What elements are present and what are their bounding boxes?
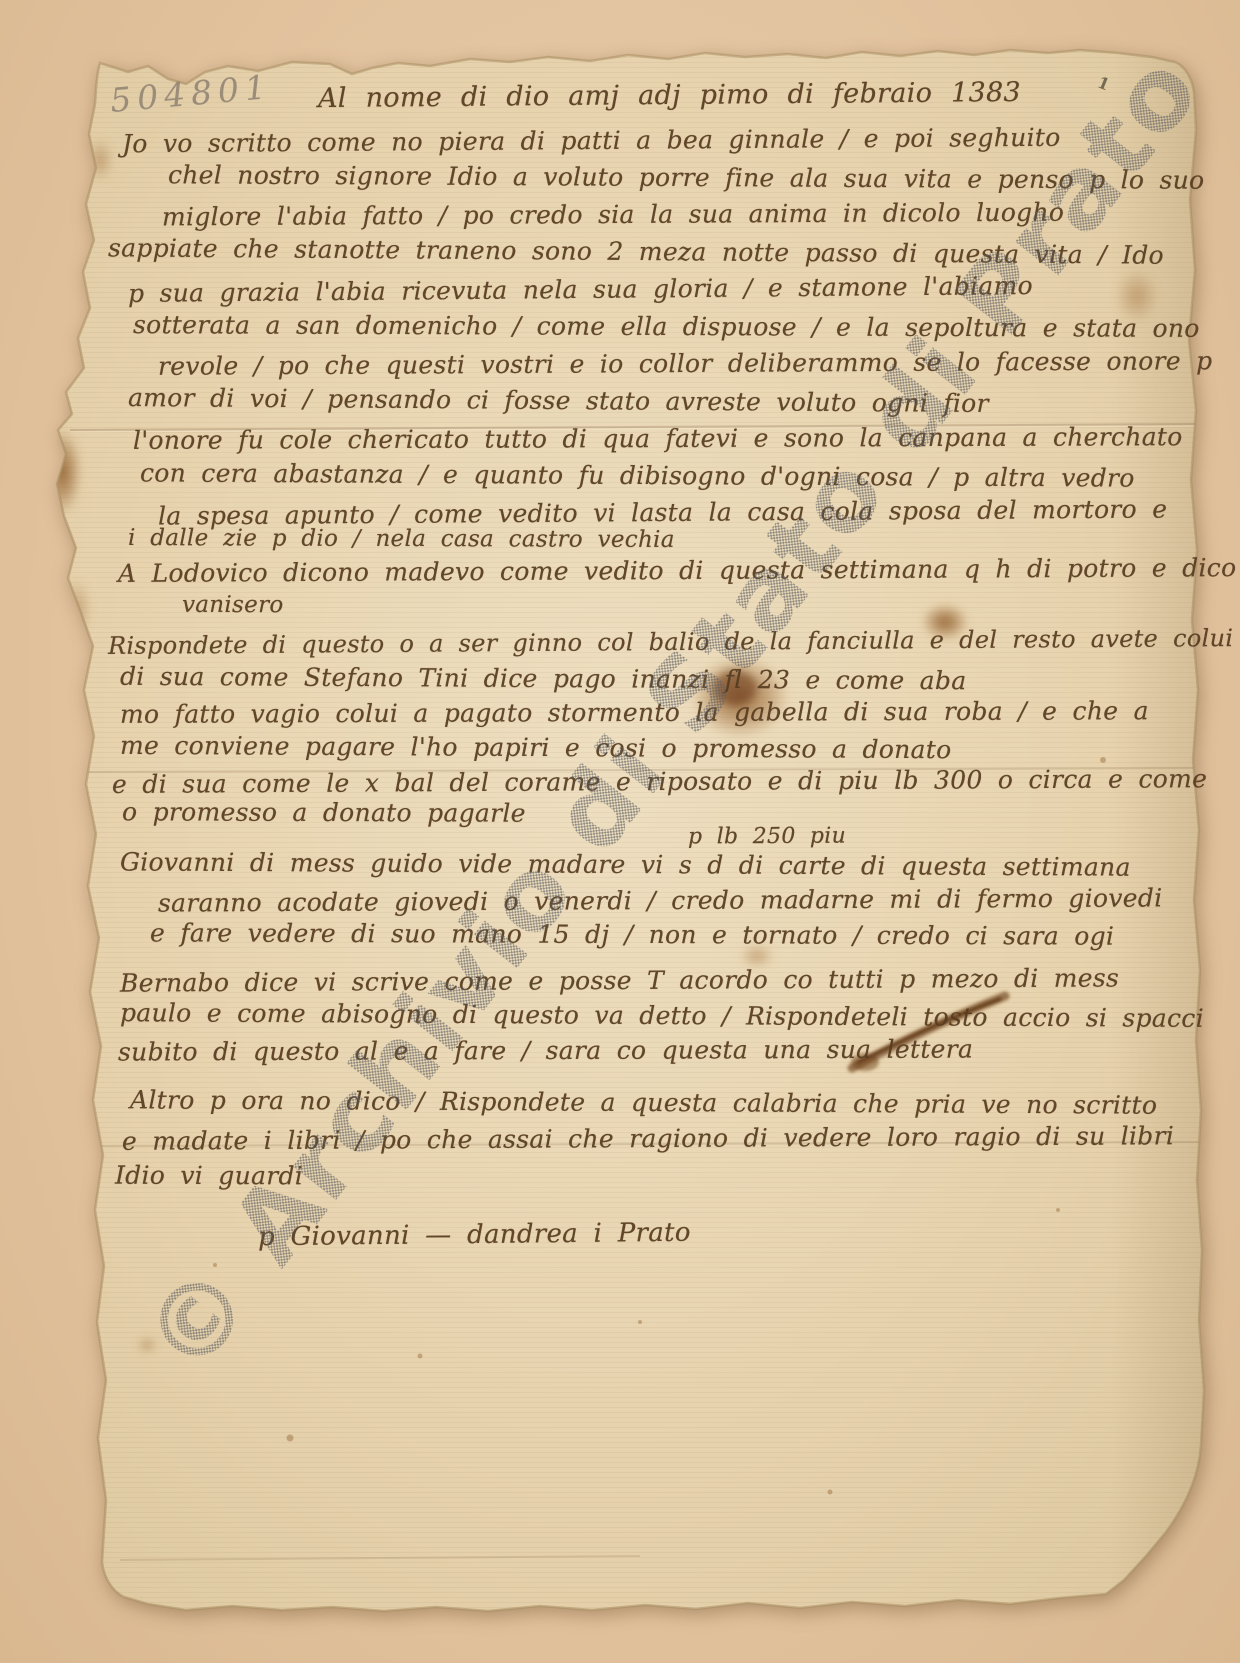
letter-line: con cera abastanza / e quanto fu dibisog… [140, 460, 1135, 490]
manuscript-scan: 504801 1 Al nome di dio amj adj pimo di … [0, 0, 1240, 1663]
letter-line: la spesa apunto / come vedito vi lasta l… [158, 496, 1167, 528]
letter-line: p lb 250 piu [688, 826, 846, 849]
letter-line: Jo vo scritto come no piera di patti a b… [122, 125, 1061, 157]
letter-line: A Lodovico dicono madevo come vedito di … [118, 555, 1237, 586]
letter-line: Bernabo dice vi scrive come e posse T ac… [120, 965, 1119, 995]
letter-line: e fare vedere di suo mano 15 dj / non e … [150, 920, 1114, 948]
letter-line: saranno acodate giovedi o venerdi / cred… [158, 885, 1163, 915]
letter-line: me conviene pagare l'ho papiri e cosi o … [120, 733, 952, 762]
letter-line: vanisero [182, 594, 284, 617]
letter-line: l'onore fu cole chericato tutto di qua f… [133, 424, 1183, 453]
letter-line: o promesso a donato pagarle [122, 799, 526, 825]
letter-line: miglore l'abia fatto / po credo sia la s… [162, 200, 1064, 230]
letter-heading: Al nome di dio amj adj pimo di febraio 1… [318, 79, 1021, 112]
letter-line: revole / po che questi vostri e io collo… [158, 348, 1213, 379]
letter-line: i dalle zie p dio / nela casa castro vec… [128, 527, 675, 552]
letter-line: di sua come Stefano Tini dice pago inanz… [120, 664, 967, 693]
letter-line: p sua grazia l'abia ricevuta nela sua gl… [128, 273, 1033, 306]
letter-line: subito di questo al e a fare / sara co q… [118, 1037, 973, 1065]
letter-line: paulo e come abisogno di questo va detto… [120, 1000, 1204, 1031]
